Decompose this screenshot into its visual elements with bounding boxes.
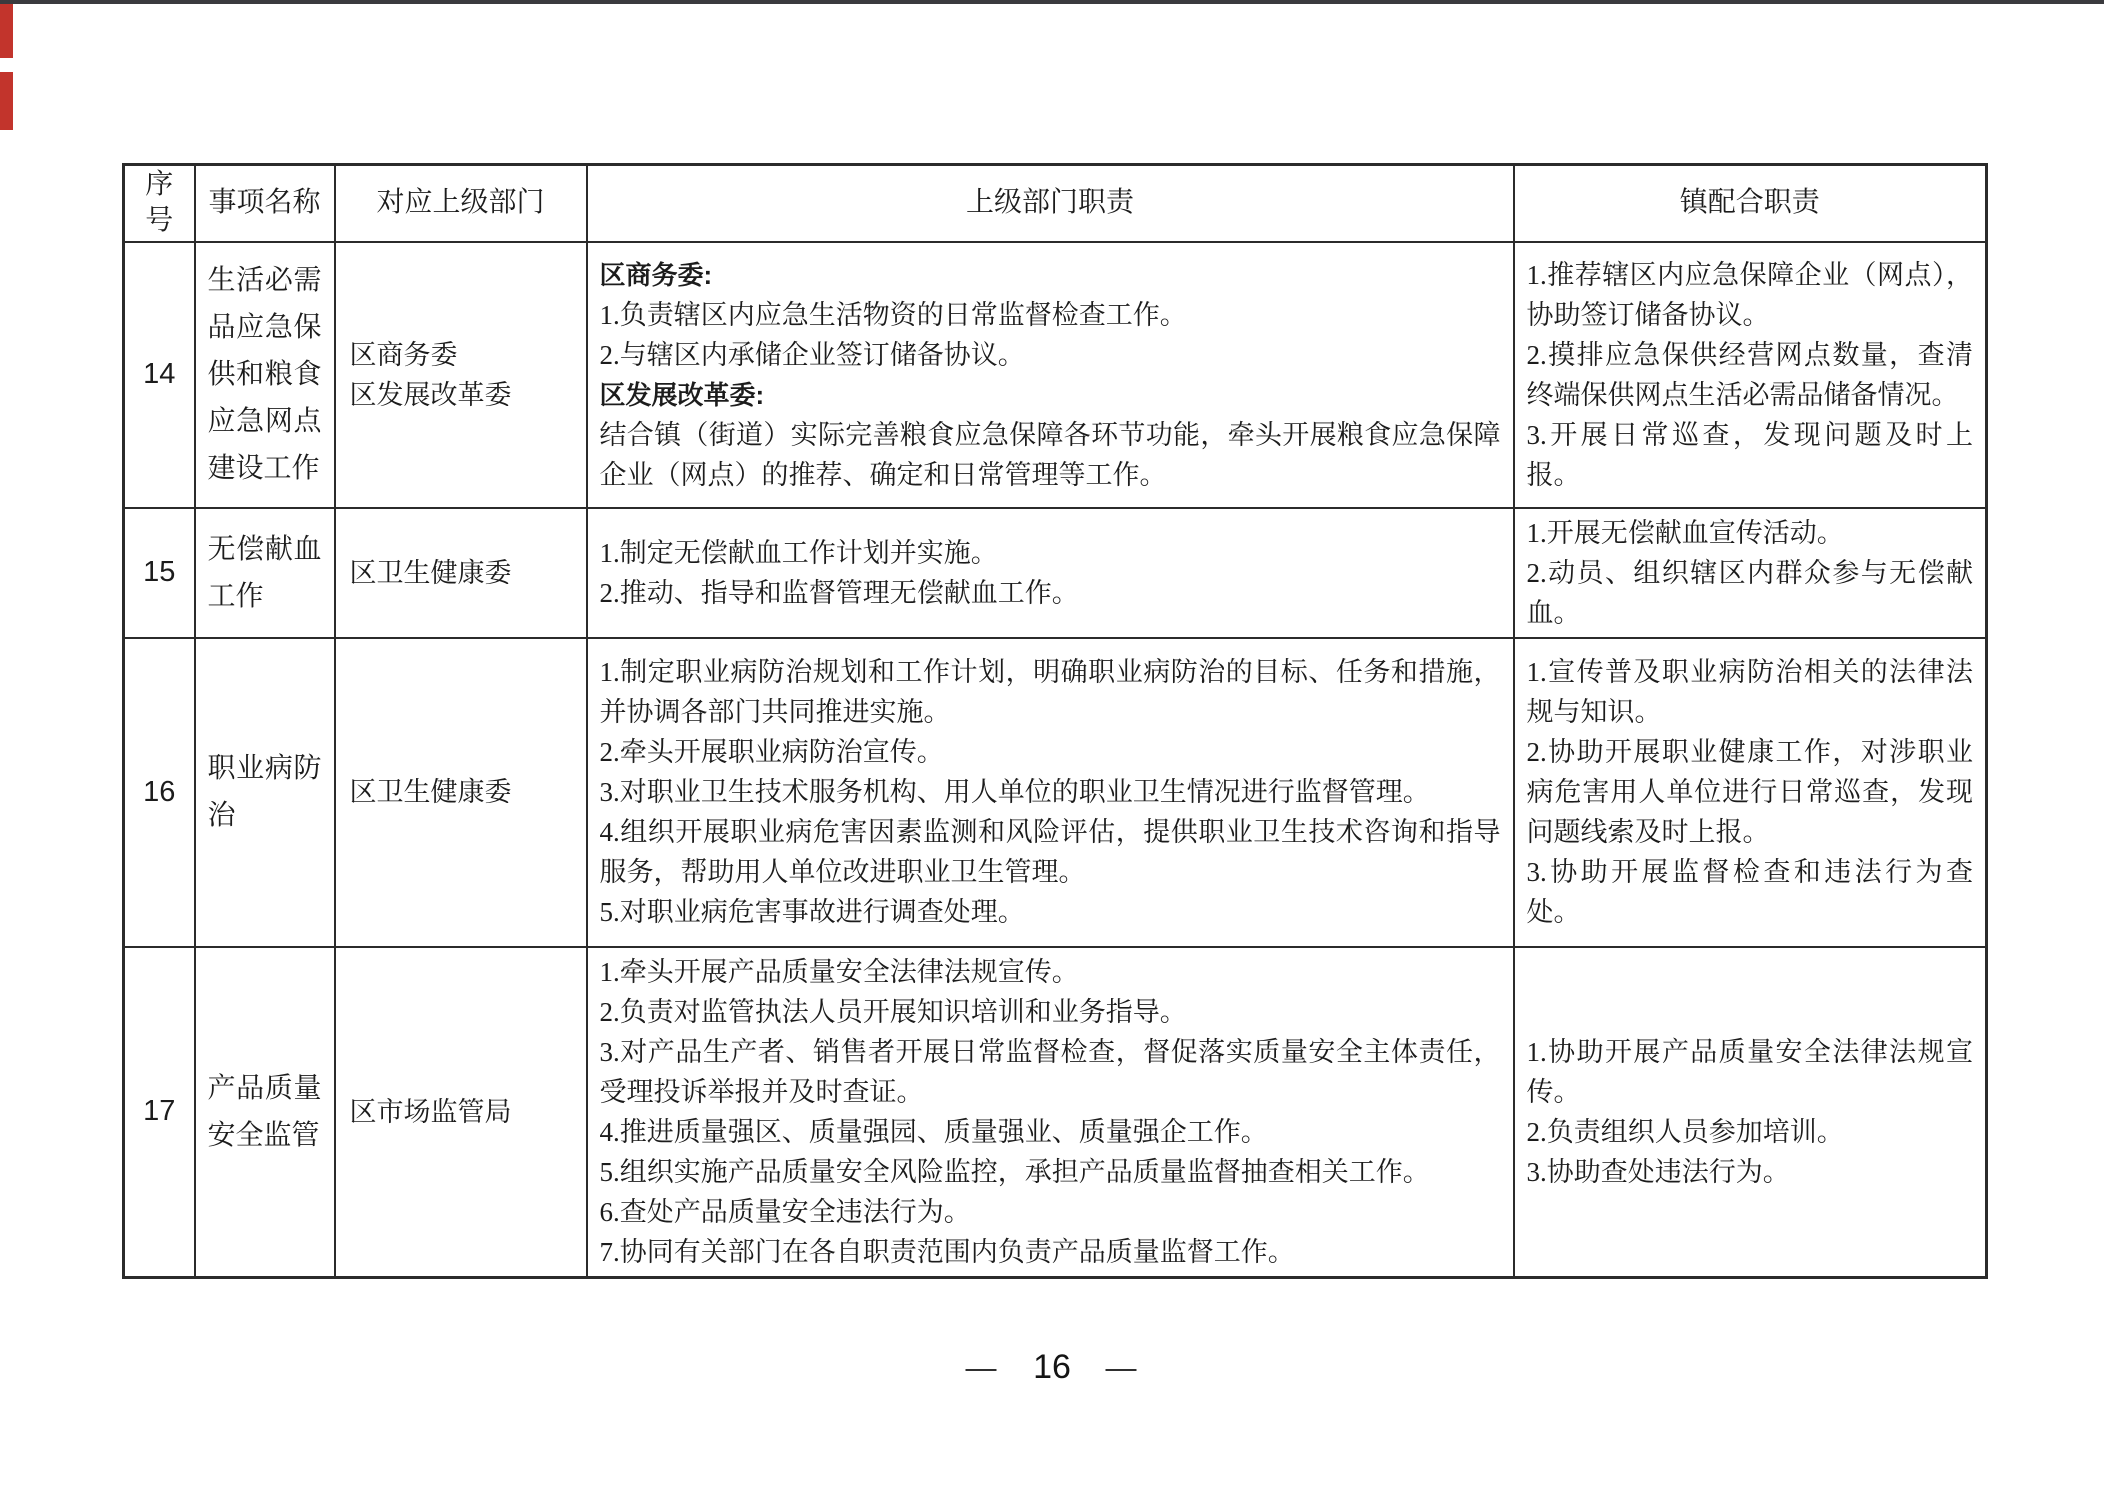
col-header-town-duty: 镇配合职责 <box>1514 165 1987 242</box>
list-item: 3.协助开展监督检查和违法行为查处。 <box>1527 852 1974 932</box>
department-cell: 区市场监管局 <box>335 947 587 1278</box>
list-item: 1.协助开展产品质量安全法律法规宣传。 <box>1527 1032 1974 1112</box>
table-row-17: 17 产品质量安全监管 区市场监管局 1.牵头开展产品质量安全法律法规宣传。2.… <box>124 947 1987 1278</box>
list-item: 2.与辖区内承储企业签订储备协议。 <box>600 335 1501 375</box>
list-item: 2.协助开展职业健康工作，对涉职业病危害用人单位进行日常巡查，发现问题线索及时上… <box>1527 732 1974 852</box>
list-item: 1.牵头开展产品质量安全法律法规宣传。 <box>600 952 1501 992</box>
upper-duty-cell: 1.制定无偿献血工作计划并实施。2.推动、指导和监督管理无偿献血工作。 <box>587 508 1514 638</box>
list-item: 1.制定职业病防治规划和工作计划，明确职业病防治的目标、任务和措施，并协调各部门… <box>600 652 1501 732</box>
responsibility-table: 序号 事项名称 对应上级部门 上级部门职责 镇配合职责 14 生活必需品应急保供… <box>122 163 1988 1279</box>
serial-cell: 17 <box>124 947 195 1278</box>
red-edge-mark-top <box>0 4 13 58</box>
col-header-serial: 序号 <box>124 165 195 242</box>
list-item: 1.开展无偿献血宣传活动。 <box>1527 513 1974 553</box>
list-item: 1.负责辖区内应急生活物资的日常监督检查工作。 <box>600 295 1501 335</box>
town-duty-cell: 1.协助开展产品质量安全法律法规宣传。2.负责组织人员参加培训。3.协助查处违法… <box>1514 947 1987 1278</box>
list-item: 区发展改革委: <box>600 375 1501 415</box>
item-name-cell: 无偿献血工作 <box>195 508 335 638</box>
list-item: 2.摸排应急保供经营网点数量，查清终端保供网点生活必需品储备情况。 <box>1527 335 1974 415</box>
table-row-15: 15 无偿献血工作 区卫生健康委 1.制定无偿献血工作计划并实施。2.推动、指导… <box>124 508 1987 638</box>
list-item: 2.负责组织人员参加培训。 <box>1527 1112 1974 1152</box>
list-item: 2.动员、组织辖区内群众参与无偿献血。 <box>1527 553 1974 633</box>
list-item: 区商务委: <box>600 255 1501 295</box>
list-item: 3.协助查处违法行为。 <box>1527 1152 1974 1192</box>
list-item: 2.牵头开展职业病防治宣传。 <box>600 732 1501 772</box>
table-row-16: 16 职业病防治 区卫生健康委 1.制定职业病防治规划和工作计划，明确职业病防治… <box>124 638 1987 947</box>
list-item: 1.推荐辖区内应急保障企业（网点），协助签订储备协议。 <box>1527 255 1974 335</box>
department-cell: 区商务委区发展改革委 <box>335 242 587 508</box>
town-duty-cell: 1.开展无偿献血宣传活动。2.动员、组织辖区内群众参与无偿献血。 <box>1514 508 1987 638</box>
list-item: 1.宣传普及职业病防治相关的法律法规与知识。 <box>1527 652 1974 732</box>
serial-cell: 16 <box>124 638 195 947</box>
upper-duty-cell: 区商务委:1.负责辖区内应急生活物资的日常监督检查工作。2.与辖区内承储企业签订… <box>587 242 1514 508</box>
town-duty-cell: 1.推荐辖区内应急保障企业（网点），协助签订储备协议。2.摸排应急保供经营网点数… <box>1514 242 1987 508</box>
list-item: 7.协同有关部门在各自职责范围内负责产品质量监督工作。 <box>600 1232 1501 1272</box>
department-cell: 区卫生健康委 <box>335 638 587 947</box>
list-item: 2.负责对监管执法人员开展知识培训和业务指导。 <box>600 992 1501 1032</box>
list-item: 结合镇（街道）实际完善粮食应急保障各环节功能，牵头开展粮食应急保障企业（网点）的… <box>600 415 1501 495</box>
item-name-cell: 职业病防治 <box>195 638 335 947</box>
list-item: 区发展改革委 <box>350 375 572 415</box>
list-item: 3.对产品生产者、销售者开展日常监督检查，督促落实质量安全主体责任，受理投诉举报… <box>600 1032 1501 1112</box>
col-header-item-name: 事项名称 <box>195 165 335 242</box>
footer-right-dash: — <box>1106 1350 1139 1385</box>
upper-duty-cell: 1.制定职业病防治规划和工作计划，明确职业病防治的目标、任务和措施，并协调各部门… <box>587 638 1514 947</box>
item-name-cell: 生活必需品应急保供和粮食应急网点建设工作 <box>195 242 335 508</box>
upper-duty-cell: 1.牵头开展产品质量安全法律法规宣传。2.负责对监管执法人员开展知识培训和业务指… <box>587 947 1514 1278</box>
page-footer: — 16 — <box>0 1348 2104 1387</box>
list-item: 4.推进质量强区、质量强园、质量强业、质量强企工作。 <box>600 1112 1501 1152</box>
department-cell: 区卫生健康委 <box>335 508 587 638</box>
top-edge-bar <box>0 0 2104 4</box>
red-edge-mark-bottom <box>0 72 13 130</box>
list-item: 区卫生健康委 <box>350 553 572 593</box>
list-item: 2.推动、指导和监督管理无偿献血工作。 <box>600 573 1501 613</box>
list-item: 区卫生健康委 <box>350 772 572 812</box>
header-row: 序号 事项名称 对应上级部门 上级部门职责 镇配合职责 <box>124 165 1987 242</box>
list-item: 6.查处产品质量安全违法行为。 <box>600 1192 1501 1232</box>
town-duty-cell: 1.宣传普及职业病防治相关的法律法规与知识。2.协助开展职业健康工作，对涉职业病… <box>1514 638 1987 947</box>
footer-left-dash: — <box>965 1350 998 1385</box>
list-item: 1.制定无偿献血工作计划并实施。 <box>600 533 1501 573</box>
serial-cell: 15 <box>124 508 195 638</box>
col-header-upper-duty: 上级部门职责 <box>587 165 1514 242</box>
list-item: 3.开展日常巡查，发现问题及时上报。 <box>1527 415 1974 495</box>
table-row-14: 14 生活必需品应急保供和粮食应急网点建设工作 区商务委区发展改革委 区商务委:… <box>124 242 1987 508</box>
serial-cell: 14 <box>124 242 195 508</box>
list-item: 3.对职业卫生技术服务机构、用人单位的职业卫生情况进行监督管理。 <box>600 772 1501 812</box>
item-name-cell: 产品质量安全监管 <box>195 947 335 1278</box>
list-item: 4.组织开展职业病危害因素监测和风险评估，提供职业卫生技术咨询和指导服务，帮助用… <box>600 812 1501 892</box>
list-item: 5.对职业病危害事故进行调查处理。 <box>600 892 1501 932</box>
list-item: 5.组织实施产品质量安全风险监控，承担产品质量监督抽查相关工作。 <box>600 1152 1501 1192</box>
list-item: 区市场监管局 <box>350 1092 572 1132</box>
col-header-department: 对应上级部门 <box>335 165 587 242</box>
list-item: 区商务委 <box>350 335 572 375</box>
page-number: 16 <box>1033 1348 1071 1386</box>
